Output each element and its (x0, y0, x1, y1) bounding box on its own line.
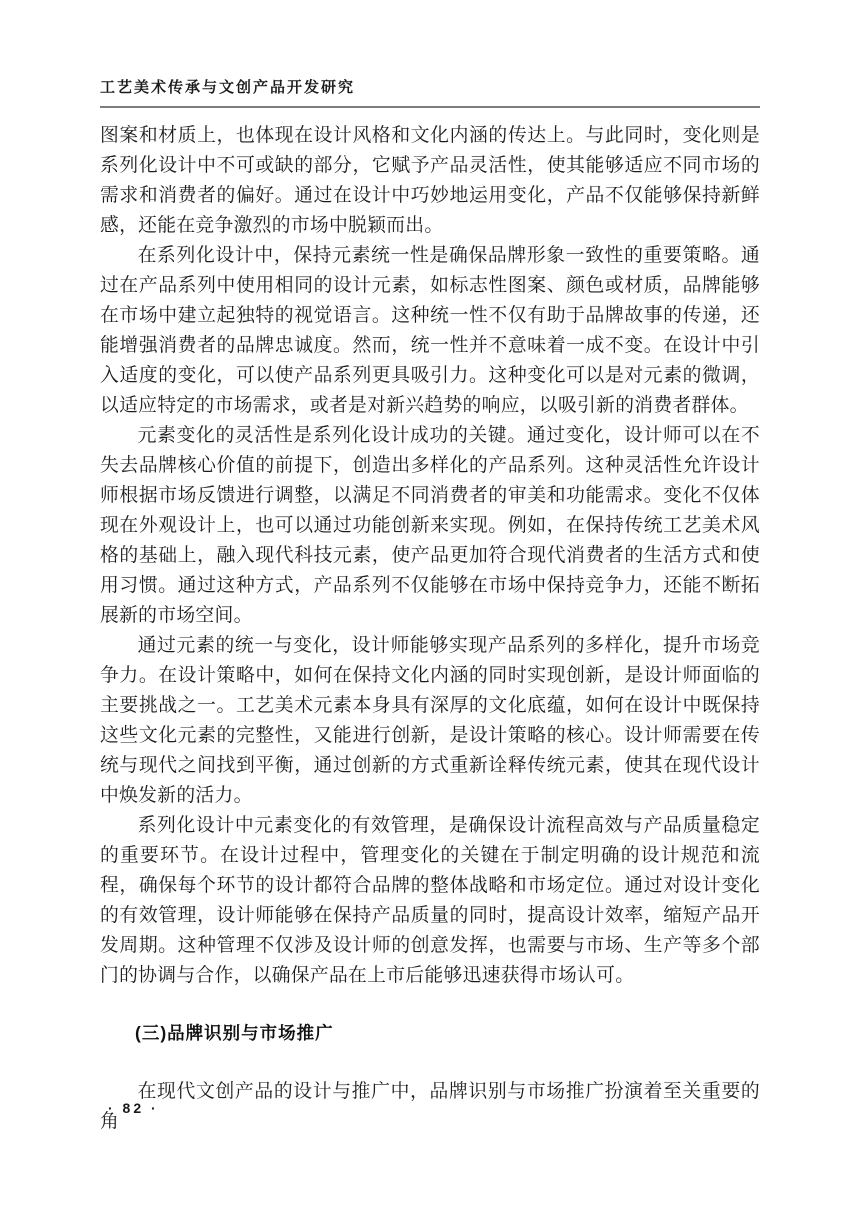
running-header: 工艺美术传承与文创产品开发研究 (100, 78, 760, 108)
document-page: 工艺美术传承与文创产品开发研究 图案和材质上，也体现在设计风格和文化内涵的传达上… (0, 0, 860, 1208)
header-divider (100, 106, 760, 108)
page-body: 图案和材质上，也体现在设计风格和文化内涵的传达上。与此同时，变化则是系列化设计中… (100, 121, 760, 1137)
body-paragraph: 元素变化的灵活性是系列化设计成功的关键。通过变化，设计师可以在不失去品牌核心价值… (100, 421, 760, 631)
body-paragraph: 在系列化设计中，保持元素统一性是确保品牌形象一致性的重要策略。通过在产品系列中使… (100, 241, 760, 421)
body-paragraph: 系列化设计中元素变化的有效管理，是确保设计流程高效与产品质量稳定的重要环节。在设… (100, 811, 760, 991)
body-paragraph: 图案和材质上，也体现在设计风格和文化内涵的传达上。与此同时，变化则是系列化设计中… (100, 121, 760, 241)
body-paragraph: 通过元素的统一与变化，设计师能够实现产品系列的多样化，提升市场竞争力。在设计策略… (100, 631, 760, 811)
body-paragraph: 在现代文创产品的设计与推广中，品牌识别与市场推广扮演着至关重要的角 (100, 1077, 760, 1137)
running-header-title: 工艺美术传承与文创产品开发研究 (100, 78, 760, 98)
page-number: · 82 · (108, 1100, 159, 1116)
section-heading: (三)品牌识别与市场推广 (100, 1021, 760, 1045)
